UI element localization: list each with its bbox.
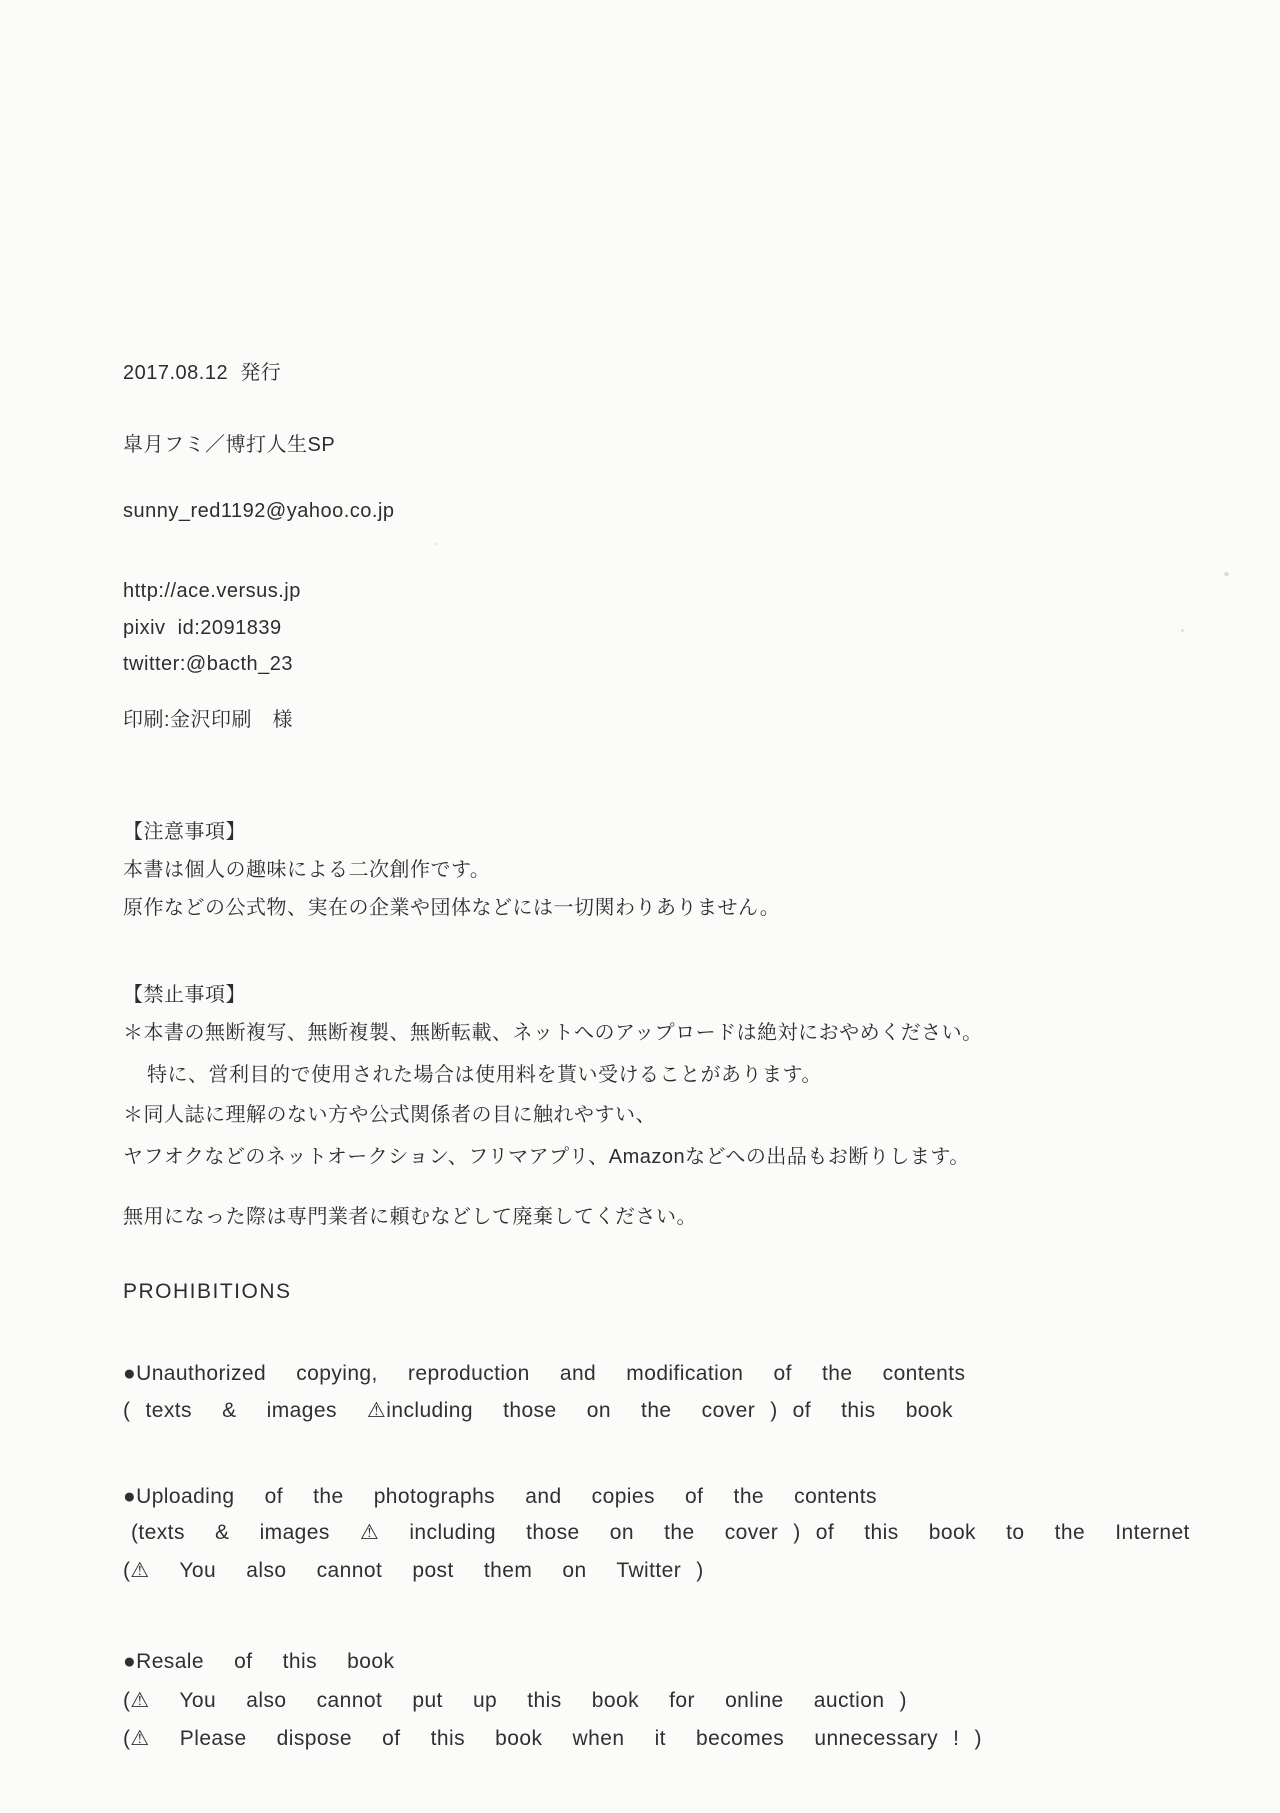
twitter-handle: twitter:@bacth_23 [123,653,293,676]
en-item-line: (⚠ Please dispose of this book when it b… [123,1726,982,1751]
en-item-line: ●Uploading of the photographs and copies… [123,1485,877,1509]
pixiv-id: pixiv id:2091839 [123,617,282,640]
scan-speck [1224,572,1229,576]
colophon-page: 2017.08.12 発行 皐月フミ／博打人生SP sunny_red1192@… [0,0,1280,1813]
en-item-line: ●Unauthorized copying, reproduction and … [123,1362,965,1386]
publish-date: 2017.08.12 発行 [123,356,281,385]
en-item-line: (⚠ You also cannot post them on Twitter … [123,1558,704,1583]
contact-email: sunny_red1192@yahoo.co.jp [123,500,395,523]
scan-speck [434,543,437,545]
notice-line: 原作などの公式物、実在の企業や団体などには一切関わりありません。 [123,891,780,920]
circle-title: 皐月フミ／博打人生SP [123,428,335,457]
en-item-line: (⚠ You also cannot put up this book for … [123,1688,907,1713]
printer-credit: 印刷:金沢印刷 様 [123,703,293,732]
prohibited-line: ＊同人誌に理解のない方や公式関係者の目に触れやすい、 [123,1098,656,1127]
en-item-line: ●Resale of this book [123,1650,394,1674]
prohibited-line: 特に、営利目的で使用された場合は使用料を貰い受けることがあります。 [147,1058,822,1087]
notice-heading: 【注意事項】 [123,815,246,844]
disposal-note: 無用になった際は専門業者に頼むなどして廃棄してください。 [123,1200,697,1229]
en-item-line: ( texts & images ⚠including those on the… [123,1398,953,1423]
notice-line: 本書は個人の趣味による二次創作です。 [123,853,490,882]
prohibitions-title: PROHIBITIONS [123,1280,292,1304]
scan-speck [1181,629,1184,632]
prohibited-line: ヤフオクなどのネットオークション、フリマアプリ、Amazonなどへの出品もお断り… [123,1140,970,1169]
website-url: http://ace.versus.jp [123,580,301,603]
en-item-line: (texts & images ⚠ including those on the… [131,1520,1190,1545]
prohibited-line: ＊本書の無断複写、無断複製、無断転載、ネットへのアップロードは絶対におやめくださ… [123,1016,983,1045]
prohibited-heading: 【禁止事項】 [123,978,246,1007]
